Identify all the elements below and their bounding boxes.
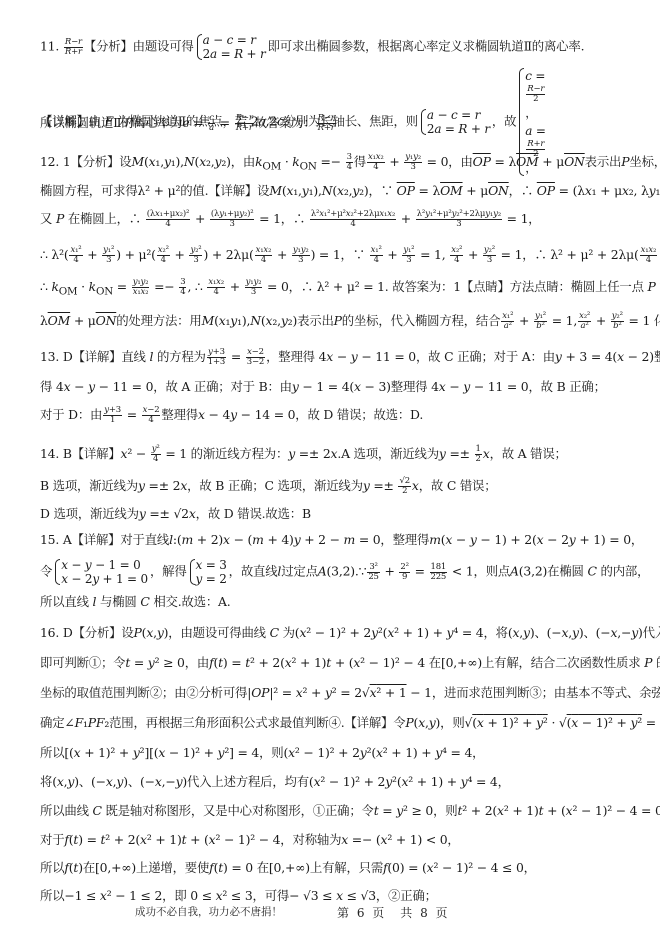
- p11-line3: 所以椭圆轨道Ⅱ的离心率为e = ca = R−rR+r故答案为：R−rR+r: [40, 114, 640, 133]
- p16-line3: 坐标的取值范围判断②；由②分析可得|OP|² = x² + y² = 2√x² …: [40, 685, 640, 701]
- p13-line1: 13. D【详解】直线 l 的方程为y+31+3 = x−23−2，整理得 4x…: [40, 348, 640, 367]
- p16-line6: 将(x,y)、(−x,y)、(−x,−y)代入上述方程后，均有(x² − 1)²…: [40, 774, 640, 790]
- p16-line8: 对于f(t) = t² + 2(x² + 1)t + (x² − 1)² − 4…: [40, 832, 640, 848]
- p16-line9: 所以f(t)在[0,+∞)上递增，要使f(t) = 0 在[0,+∞)上有解，只…: [40, 860, 640, 876]
- p16-line4: 确定∠F₁PF₂范围，再根据三角形面积公式求最值判断④.【详解】令P(x,y)，…: [40, 715, 640, 731]
- p16-line5: 所以[(x + 1)² + y²][(x − 1)² + y²] = 4，则(x…: [40, 745, 640, 761]
- p16-line1: 16. D【分析】设P(x,y)，由题设可得曲线 C 为(x² − 1)² + …: [40, 625, 640, 641]
- p12-line3: 又 P 在椭圆上，∴ (λx₁+μx₂)²4 + (λy₁+μy₂)²3 = 1…: [40, 210, 640, 229]
- p14-line2: B 选项，渐近线为y =± 2x，故 B 正确；C 选项，渐近线为y =± √2…: [40, 477, 640, 496]
- p12-line4: ∴ λ²(x₁²4 + y₁²3) + μ²(x₂²4 + y₂²3) + 2λ…: [40, 246, 640, 265]
- p16-line10: 所以−1 ≤ x² − 1 ≤ 2，即 0 ≤ x² ≤ 3，可得− √3 ≤ …: [40, 888, 640, 904]
- page-indicator: 第 6 页 共 8 页: [337, 904, 450, 921]
- p16-line2: 即可判断①；令t = y² ≥ 0，由f(t) = t² + 2(x² + 1)…: [40, 655, 640, 671]
- p12-line1: 12. 1【分析】设M(x₁,y₁),N(x₂,y₂)，由kOM · kON =…: [40, 153, 640, 174]
- p13-line3: 对于 D：由y+31 = x−24整理得x − 4y − 14 = 0，故 D …: [40, 406, 640, 425]
- p13-line2: 得 4x − y − 11 = 0，故 A 正确；对于 B：由y − 1 = 4…: [40, 379, 640, 395]
- p15-line3: 所以直线 l 与椭圆 C 相交.故选：A.: [40, 594, 640, 610]
- p12-line5: ∴ kOM · kON = y₁y₂x₁x₂ =− 34, ∴ x₁x₂4 + …: [40, 278, 640, 299]
- footer-motto: 成功不必自我，功力必不唐捐！: [135, 904, 282, 919]
- p12-line6: λOM + μON的处理方法：用M(x₁y₁),N(x₂,y₂)表示出P的坐标，…: [40, 312, 640, 331]
- p14-line1: 14. B【详解】x² − y²4 = 1 的渐近线方程为：y =± 2x.A …: [40, 445, 640, 464]
- p12-line2: 椭圆方程，可求得λ² + μ²的值.【详解】设M(x₁,y₁),N(x₂,y₂)…: [40, 183, 640, 199]
- answer-key-page: 11. R−rR+r【分析】由题设可得a − c = r2a = R + r即可…: [0, 0, 660, 933]
- p14-line3: D 选项，渐近线为y =± √2x，故 D 错误.故选：B: [40, 506, 640, 522]
- p15-line2: 令x − y − 1 = 0x − 2y + 1 = 0，解得x = 3y = …: [40, 558, 640, 586]
- p15-line1: 15. A【详解】对于直线l:(m + 2)x − (m + 4)y + 2 −…: [40, 532, 640, 548]
- p11-line1: 11. R−rR+r【分析】由题设可得a − c = r2a = R + r即可…: [40, 33, 640, 61]
- p16-line7: 所以曲线 C 既是轴对称图形，又是中心对称图形，①正确；令t = y² ≥ 0，…: [40, 803, 640, 819]
